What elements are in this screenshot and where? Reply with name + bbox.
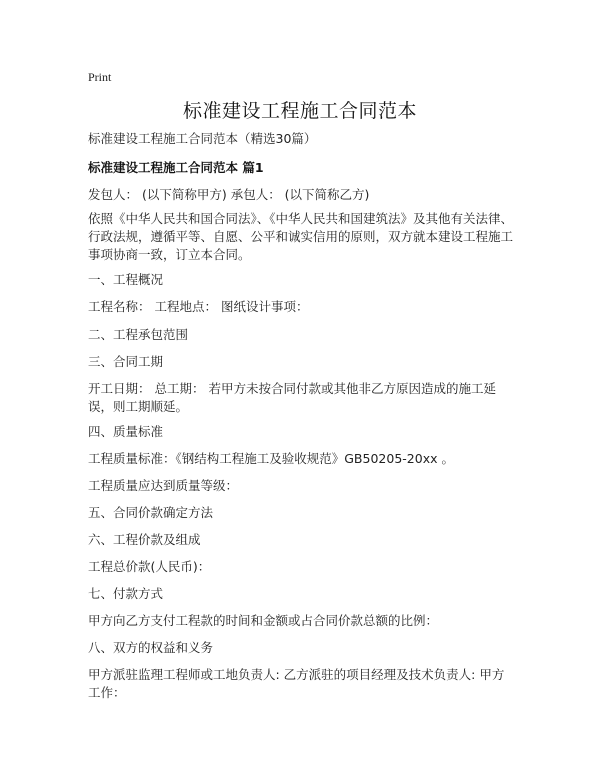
heading-project-overview: 一、工程概况 [88,271,514,289]
document-page: Print 标准建设工程施工合同范本 标准建设工程施工合同范本（精选30篇） 标… [0,0,600,776]
section-heading: 标准建设工程施工合同范本 篇1 [88,159,514,177]
heading-contract-scope: 二、工程承包范围 [88,326,514,344]
period-paragraph: 开工日期： 总工期： 若甲方未按合同付款或其他非乙方原因造成的施工延误，则工期顺… [88,380,514,416]
total-price-line: 工程总价款(人民币)： [88,558,514,576]
heading-price-composition: 六、工程价款及组成 [88,531,514,549]
quality-grade-line: 工程质量应达到质量等级： [88,477,514,495]
payment-line: 甲方向乙方支付工程款的时间和金额或占合同价款总额的比例： [88,612,514,630]
project-info-line: 工程名称： 工程地点： 图纸设计事项： [88,298,514,316]
heading-quality-standard: 四、质量标准 [88,423,514,441]
heading-price-method: 五、合同价款确定方法 [88,504,514,522]
preamble-paragraph: 依照《中华人民共和国合同法》、《中华人民共和国建筑法》及其他有关法律、行政法规，… [88,210,514,264]
representatives-paragraph: 甲方派驻监理工程师或工地负责人: 乙方派驻的项目经理及技术负责人: 甲方工作： [88,666,514,702]
document-subtitle: 标准建设工程施工合同范本（精选30篇） [88,130,514,148]
heading-rights-obligations: 八、双方的权益和义务 [88,639,514,657]
heading-payment-method: 七、付款方式 [88,585,514,603]
quality-standard-line: 工程质量标准：《钢结构工程施工及验收规范》GB50205-20xx 。 [88,450,514,468]
document-title: 标准建设工程施工合同范本 [0,96,600,123]
parties-line: 发包人： (以下简称甲方) 承包人： (以下简称乙方) [88,186,514,204]
print-link[interactable]: Print [88,70,111,85]
heading-contract-period: 三、合同工期 [88,353,514,371]
